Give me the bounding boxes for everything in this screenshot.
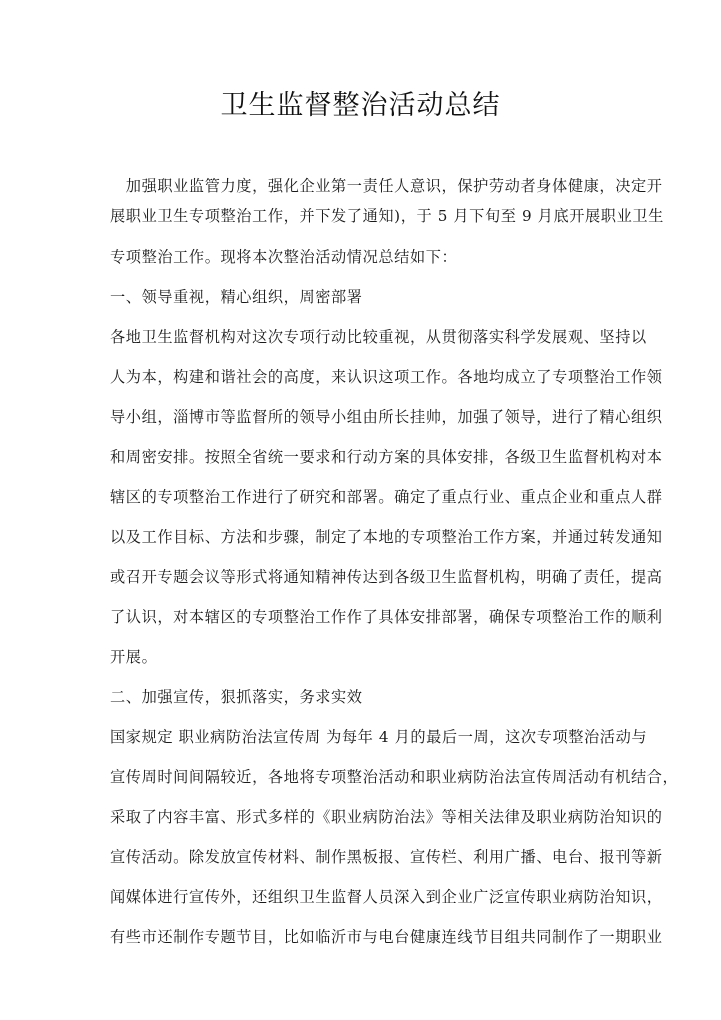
body-line-1: 加强职业监管力度，强化企业第一责任人意识，保护劳动者身体健康，决定开	[110, 176, 620, 196]
body-line-12: 了认识，对本辖区的专项整治工作作了具体安排部署，确保专项整治工作的顺利	[110, 607, 620, 627]
body-line-8: 和周密安排。按照全省统一要求和行动方案的具体安排，各级卫生监督机构对本	[110, 447, 620, 467]
body-line-17: 采取了内容丰富、形式多样的《职业病防治法》等相关法律及职业病防治知识的	[110, 807, 620, 827]
body-line-10: 以及工作目标、方法和步骤，制定了本地的专项整治工作方案，并通过转发通知	[110, 527, 620, 547]
body-line-13: 开展。	[110, 647, 620, 667]
body-line-11: 或召开专题会议等形式将通知精神传达到各级卫生监督机构，明确了责任，提高	[110, 567, 620, 587]
body-line-6: 人为本，构建和谐社会的高度，来认识这项工作。各地均成立了专项整治工作领	[110, 367, 620, 387]
body-line-18: 宣传活动。除发放宣传材料、制作黑板报、宣传栏、利用广播、电台、报刊等新	[110, 847, 620, 867]
section-heading-1: 一、领导重视，精心组织，周密部署	[110, 287, 620, 307]
body-line-2: 展职业卫生专项整治工作，并下发了通知)，于 5 月下旬至 9 月底开展职业卫生	[110, 206, 620, 226]
body-line-5: 各地卫生监督机构对这次专项行动比较重视，从贯彻落实科学发展观、坚持以	[110, 327, 620, 347]
document-page: 卫生监督整治活动总结 加强职业监管力度，强化企业第一责任人意识，保护劳动者身体健…	[0, 0, 721, 1020]
body-line-9: 辖区的专项整治工作进行了研究和部署。确定了重点行业、重点企业和重点人群	[110, 487, 620, 507]
section-heading-2: 二、加强宣传，狠抓落实，务求实效	[110, 687, 620, 707]
document-title: 卫生监督整治活动总结	[0, 86, 721, 126]
body-line-7: 导小组，淄博市等监督所的领导小组由所长挂帅，加强了领导，进行了精心组织	[110, 407, 620, 427]
body-line-16: 宣传周时间间隔较近，各地将专项整治活动和职业病防治法宣传周活动有机结合，	[110, 767, 620, 787]
body-line-15: 国家规定 职业病防治法宣传周 为每年 4 月的最后一周，这次专项整治活动与	[110, 727, 620, 747]
body-line-3: 专项整治工作。现将本次整治活动情况总结如下：	[110, 247, 620, 267]
body-line-19: 闻媒体进行宣传外，还组织卫生监督人员深入到企业广泛宣传职业病防治知识，	[110, 887, 620, 907]
body-line-20: 有些市还制作专题节目，比如临沂市与电台健康连线节目组共同制作了一期职业	[110, 927, 620, 947]
